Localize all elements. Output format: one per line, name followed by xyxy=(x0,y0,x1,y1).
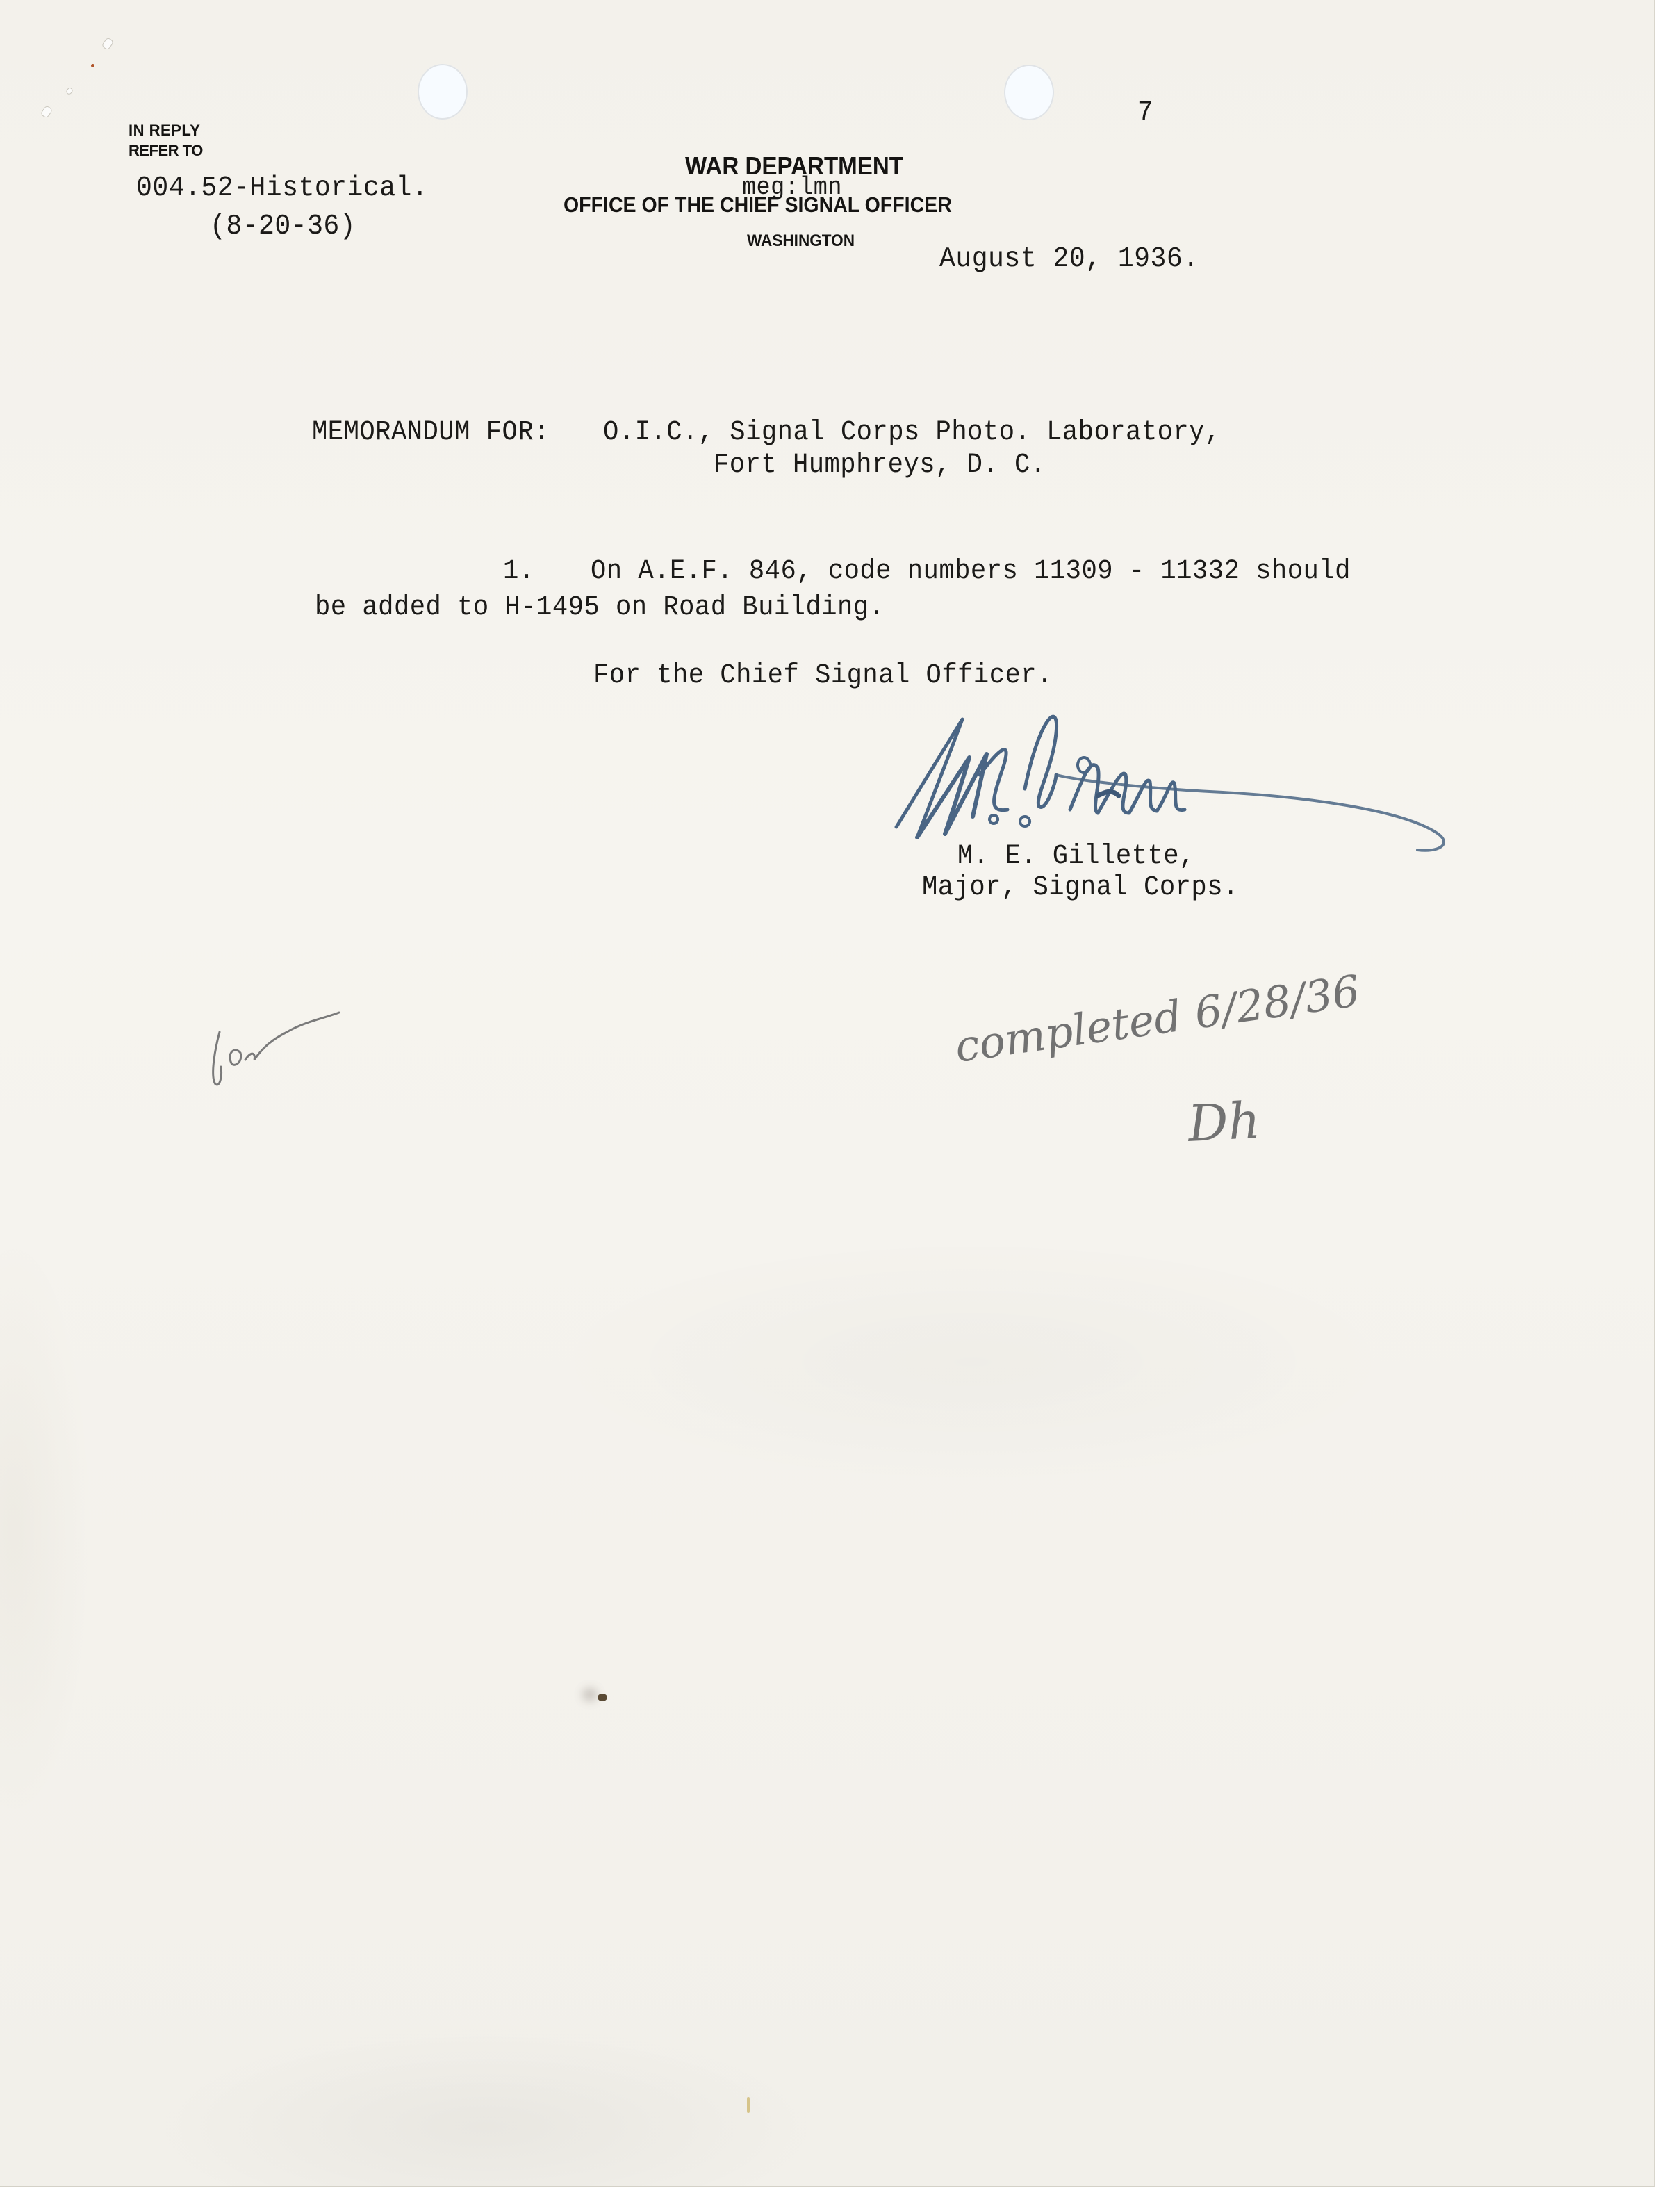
document-page: 7 IN REPLY REFER TO 004.52-Historical. (… xyxy=(0,0,1655,2187)
addressee-line2: Fort Humphreys, D. C. xyxy=(714,450,1046,481)
body-line2: be added to H-1495 on Road Building. xyxy=(315,592,885,623)
rust-speck xyxy=(91,64,94,67)
city-heading: WASHINGTON xyxy=(747,231,855,251)
staple-mark xyxy=(102,38,113,49)
reply-label-line1: IN REPLY xyxy=(129,122,200,140)
punch-hole-right xyxy=(1004,65,1054,120)
signatory-title: Major, Signal Corps. xyxy=(922,872,1239,903)
completed-initials: Dh xyxy=(1187,1091,1262,1153)
typed-signatory-name: M. E. Gillette, xyxy=(957,841,1195,872)
closing-line: For the Chief Signal Officer. xyxy=(593,660,1053,691)
punch-hole-left xyxy=(418,64,468,120)
handwritten-signature xyxy=(889,691,1501,858)
paper-stain xyxy=(747,2097,750,2113)
office-heading: OFFICE OF THE CHIEF SIGNAL OFFICER xyxy=(564,192,952,218)
body-line1: On A.E.F. 846, code numbers 11309 - 1133… xyxy=(591,556,1351,587)
completed-note: completed 6/28/36 xyxy=(952,965,1363,1072)
addressee-line1: O.I.C., Signal Corps Photo. Laboratory, xyxy=(603,417,1221,448)
staple-mark xyxy=(66,88,73,95)
memo-date: August 20, 1936. xyxy=(939,243,1199,275)
staple-mark xyxy=(41,106,52,117)
file-date: (8-20-36) xyxy=(210,211,356,243)
page-number: 7 xyxy=(1137,97,1153,129)
memorandum-label: MEMORANDUM FOR: xyxy=(312,417,550,448)
pencil-initials-left xyxy=(207,1011,353,1091)
paper-speck xyxy=(598,1694,607,1701)
file-number: 004.52-Historical. xyxy=(136,172,428,204)
reply-label-line2: REFER TO xyxy=(129,142,203,160)
paragraph-number: 1. xyxy=(503,556,535,587)
